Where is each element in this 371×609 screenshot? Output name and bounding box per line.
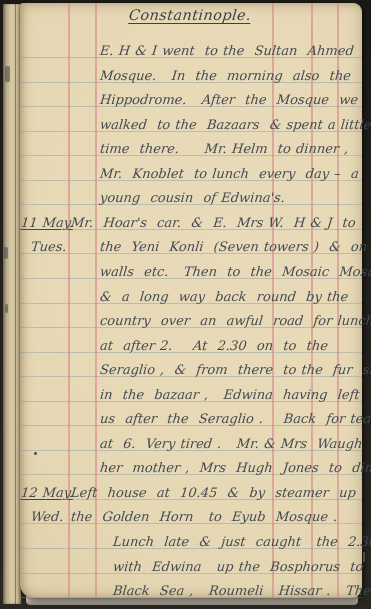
diary-line: walls etc. Then to the Mosaic Mosque, <box>20 261 362 281</box>
diary-line: time there. Mr. Helm to dinner , <box>20 138 362 158</box>
diary-line-text: E. H & I went to the Sultan Ahmed <box>99 44 354 59</box>
diary-line: walked to the Bazaars & spent a little <box>20 114 362 134</box>
diary-line: at after 2. At 2.30 on to the <box>20 335 362 355</box>
diary-line-text: walked to the Bazaars & spent a little <box>99 118 371 133</box>
diary-line-text: Mr. Knoblet to lunch every day – a <box>99 167 359 182</box>
ink-bleed-mark <box>4 247 8 259</box>
diary-line: young cousin of Edwina's. <box>20 187 362 207</box>
diary-line: with Edwina up the Bosphorus to the <box>20 556 362 576</box>
ink-bleed-mark <box>5 66 10 82</box>
diary-line-text: her mother , Mrs Hugh Jones to dinner . <box>99 461 371 476</box>
diary-line: Hippodrome. After the Mosque we <box>20 89 362 109</box>
stacked-page-edges <box>3 4 21 604</box>
page-title: Constantinople. <box>119 8 261 24</box>
page-edge-crease <box>15 4 16 604</box>
diary-line: at 6. Very tired . Mr. & Mrs Waugh & <box>20 433 362 453</box>
diary-line: Wed.the Golden Horn to Eyub Mosque . <box>20 506 362 526</box>
diary-line: in the bazaar , Edwina having left <box>20 384 362 404</box>
diary-line: E. H & I went to the Sultan Ahmed <box>20 40 362 60</box>
diary-page: Constantinople. E. H & I went to the Sul… <box>20 3 362 598</box>
diary-line-text: Hippodrome. After the Mosque we <box>99 93 359 108</box>
diary-line-text: country over an awful road for lunch <box>99 314 371 329</box>
diary-line: Seraglio , & from there to the fur shop <box>20 359 362 379</box>
diary-line-text: Mosque. In the morning also the <box>99 69 351 84</box>
diary-line-text: in the bazaar , Edwina having left <box>99 388 360 403</box>
diary-line-text: Left house at 10.45 & by steamer up <box>70 486 356 501</box>
photo-background: Constantinople. E. H & I went to the Sul… <box>0 0 371 609</box>
diary-line: Black Sea , Roumeli Hissar . The <box>20 580 362 600</box>
diary-line-text: with Edwina up the Bosphorus to the <box>112 560 371 575</box>
entry-day: Tues. <box>30 240 67 255</box>
diary-line-text: Lunch late & just caught the 2.30 boat <box>112 535 371 550</box>
diary-line-text: Seraglio , & from there to the fur shop <box>99 363 371 378</box>
diary-line-text: time there. Mr. Helm to dinner , <box>99 142 349 157</box>
diary-line-text: walls etc. Then to the Mosaic Mosque, <box>99 265 371 280</box>
ink-bleed-mark <box>5 304 8 313</box>
diary-line-text: young cousin of Edwina's. <box>99 191 285 206</box>
diary-line: Mosque. In the morning also the <box>20 65 362 85</box>
diary-line: & a long way back round by the <box>20 286 362 306</box>
ink-speck <box>363 552 365 562</box>
diary-line-text: & a long way back round by the <box>99 290 349 305</box>
diary-line-text: at 6. Very tired . Mr. & Mrs Waugh & <box>99 437 371 452</box>
entry-day: Wed. <box>30 510 64 525</box>
entry-date: 12 May. <box>20 486 74 501</box>
diary-line: us after the Seraglio . Back for tea <box>20 408 362 428</box>
ink-speck <box>34 452 37 455</box>
diary-line: country over an awful road for lunch <box>20 310 362 330</box>
diary-line: her mother , Mrs Hugh Jones to dinner . <box>20 457 362 477</box>
diary-line-text: at after 2. At 2.30 on to the <box>99 339 329 354</box>
diary-line-text: the Yeni Konli (Seven towers ) & on the <box>99 240 371 255</box>
diary-line: 12 May.Left house at 10.45 & by steamer … <box>20 482 362 502</box>
diary-line: Lunch late & just caught the 2.30 boat <box>20 531 362 551</box>
diary-line: Mr. Knoblet to lunch every day – a <box>20 163 362 183</box>
diary-line-text: Black Sea , Roumeli Hissar . The <box>112 584 371 599</box>
diary-line: 11 May.Mr. Hoar's car. & E. Mrs W. H & J… <box>20 212 362 232</box>
entry-date: 11 May. <box>20 216 74 231</box>
diary-line-text: us after the Seraglio . Back for tea <box>99 412 371 427</box>
diary-line: Tues.the Yeni Konli (Seven towers ) & on… <box>20 236 362 256</box>
diary-line-text: Mr. Hoar's car. & E. Mrs W. H & J to <box>70 216 356 231</box>
diary-line-text: the Golden Horn to Eyub Mosque . <box>70 510 338 525</box>
